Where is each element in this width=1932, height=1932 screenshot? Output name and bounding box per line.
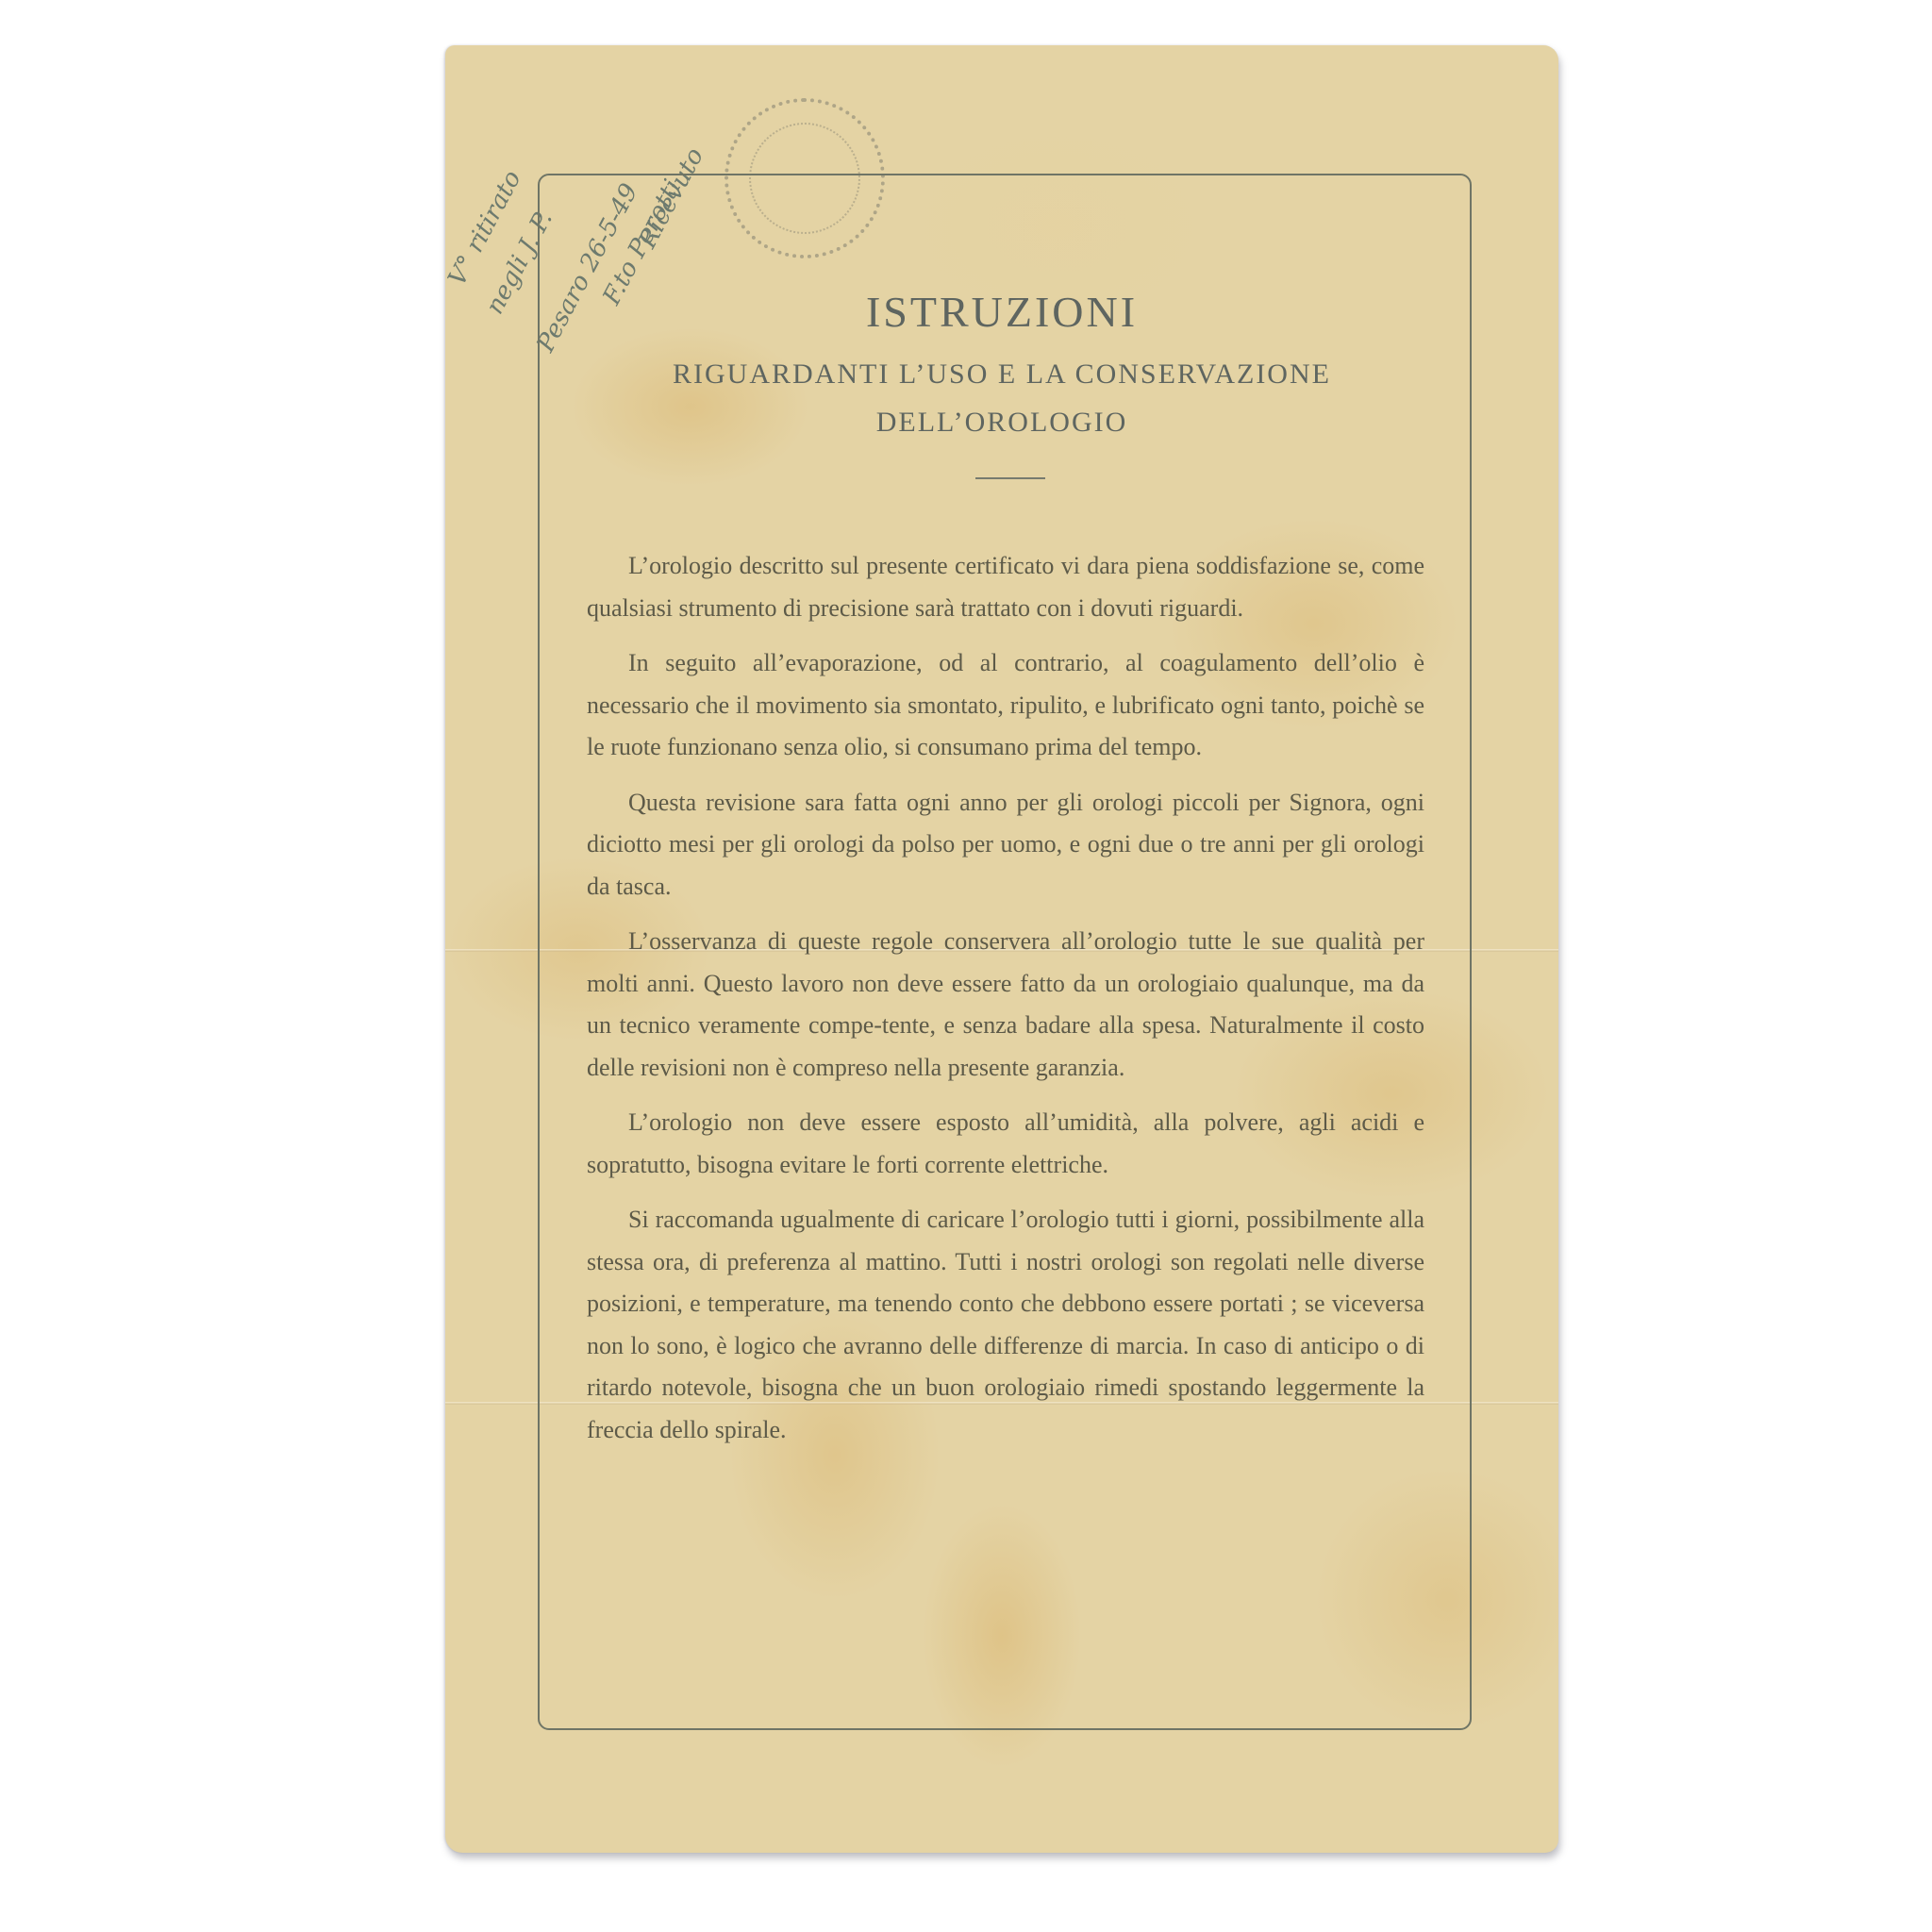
paragraph: L’osservanza di queste regole conservera… [587,921,1424,1089]
paragraph: In seguito all’evaporazione, od al contr… [587,642,1424,769]
document-page: V° ritirato negli J. P. Pesaro 26-5-49 F… [445,45,1558,1853]
document-subtitle: DELL’OROLOGIO [445,407,1558,439]
paragraph: L’orologio descritto sul presente certif… [587,545,1424,629]
paragraph: L’orologio non deve essere esposto all’u… [587,1102,1424,1186]
document-title: ISTRUZIONI [445,287,1558,337]
title-divider [975,477,1045,479]
paragraph: Questa revisione sara fatta ogni anno pe… [587,782,1424,908]
instructions-body: L’orologio descritto sul presente certif… [587,545,1424,1464]
paragraph: Si raccomanda ugualmente di caricare l’o… [587,1199,1424,1451]
document-subtitle: RIGUARDANTI L’USO E LA CONSERVAZIONE [445,358,1558,391]
